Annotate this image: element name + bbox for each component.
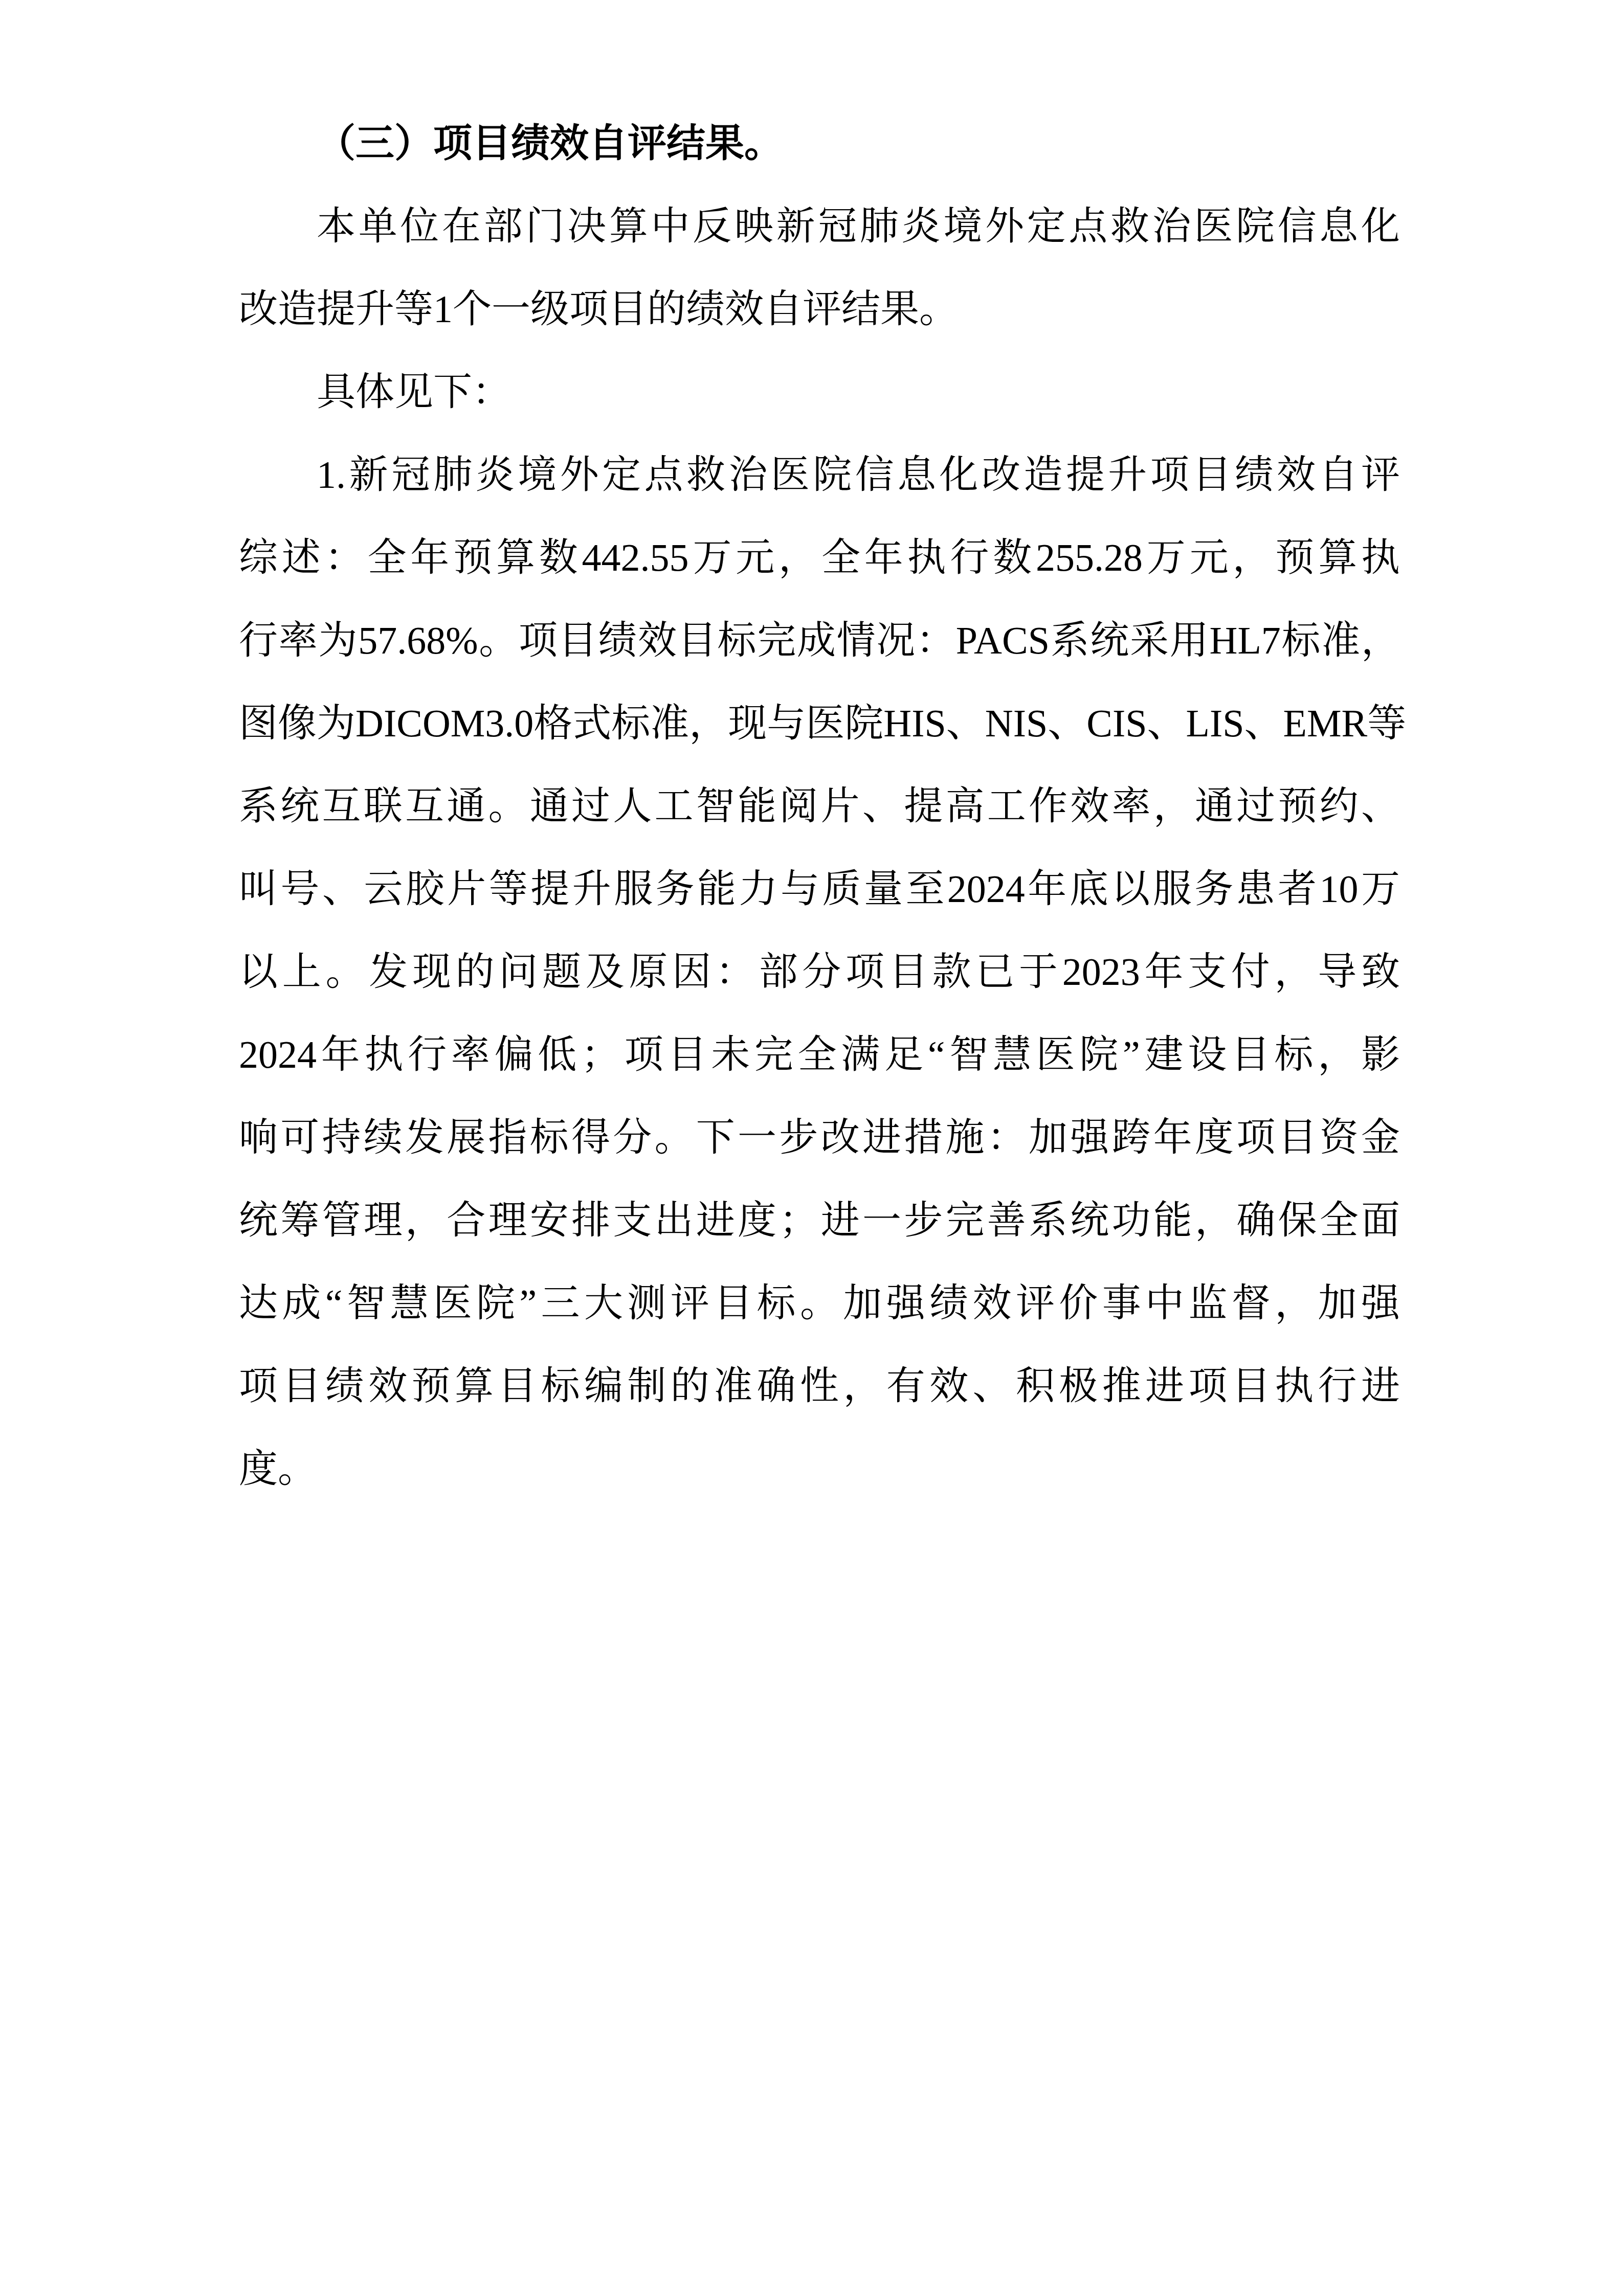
text-line: 本单位在部门决算中反映新冠肺炎境外定点救治医院信息化 <box>239 185 1400 268</box>
text-line: 叫号、云胶片等提升服务能力与质量至2024年底以服务患者10万 <box>239 848 1400 931</box>
section-heading: （三）项目绩效自评结果。 <box>239 102 1400 185</box>
text-line: 具体见下： <box>239 351 1400 434</box>
text-line: 改造提升等1个一级项目的绩效自评结果。 <box>239 268 1400 351</box>
text-line: 以上。发现的问题及原因：部分项目款已于2023年支付，导致 <box>239 931 1400 1014</box>
paragraph-self-eval-overview: 本单位在部门决算中反映新冠肺炎境外定点救治医院信息化 改造提升等1个一级项目的绩… <box>239 185 1400 351</box>
paragraph-project-detail: 1.新冠肺炎境外定点救治医院信息化改造提升项目绩效自评 综述：全年预算数442.… <box>239 434 1400 1511</box>
paragraph-see-below: 具体见下： <box>239 351 1400 434</box>
text-line: 度。 <box>239 1428 1400 1511</box>
document-page: （三）项目绩效自评结果。 本单位在部门决算中反映新冠肺炎境外定点救治医院信息化 … <box>0 0 1624 2296</box>
document-body: （三）项目绩效自评结果。 本单位在部门决算中反映新冠肺炎境外定点救治医院信息化 … <box>239 102 1400 1511</box>
text-line: 综述：全年预算数442.55万元，全年执行数255.28万元，预算执 <box>239 516 1400 599</box>
text-line: 响可持续发展指标得分。下一步改进措施：加强跨年度项目资金 <box>239 1096 1400 1179</box>
text-line: 项目绩效预算目标编制的准确性，有效、积极推进项目执行进 <box>239 1345 1400 1428</box>
text-line: 统筹管理，合理安排支出进度；进一步完善系统功能，确保全面 <box>239 1179 1400 1262</box>
text-line: 系统互联互通。通过人工智能阅片、提高工作效率，通过预约、 <box>239 765 1400 848</box>
text-line: 图像为DICOM3.0格式标准，现与医院HIS、NIS、CIS、LIS、EMR等 <box>239 682 1400 765</box>
text-line: 1.新冠肺炎境外定点救治医院信息化改造提升项目绩效自评 <box>239 434 1400 516</box>
text-line: 2024年执行率偏低；项目未完全满足“智慧医院”建设目标，影 <box>239 1014 1400 1096</box>
text-line: 达成“智慧医院”三大测评目标。加强绩效评价事中监督，加强 <box>239 1262 1400 1345</box>
text-line: 行率为57.68%。项目绩效目标完成情况：PACS系统采用HL7标准， <box>239 599 1400 682</box>
